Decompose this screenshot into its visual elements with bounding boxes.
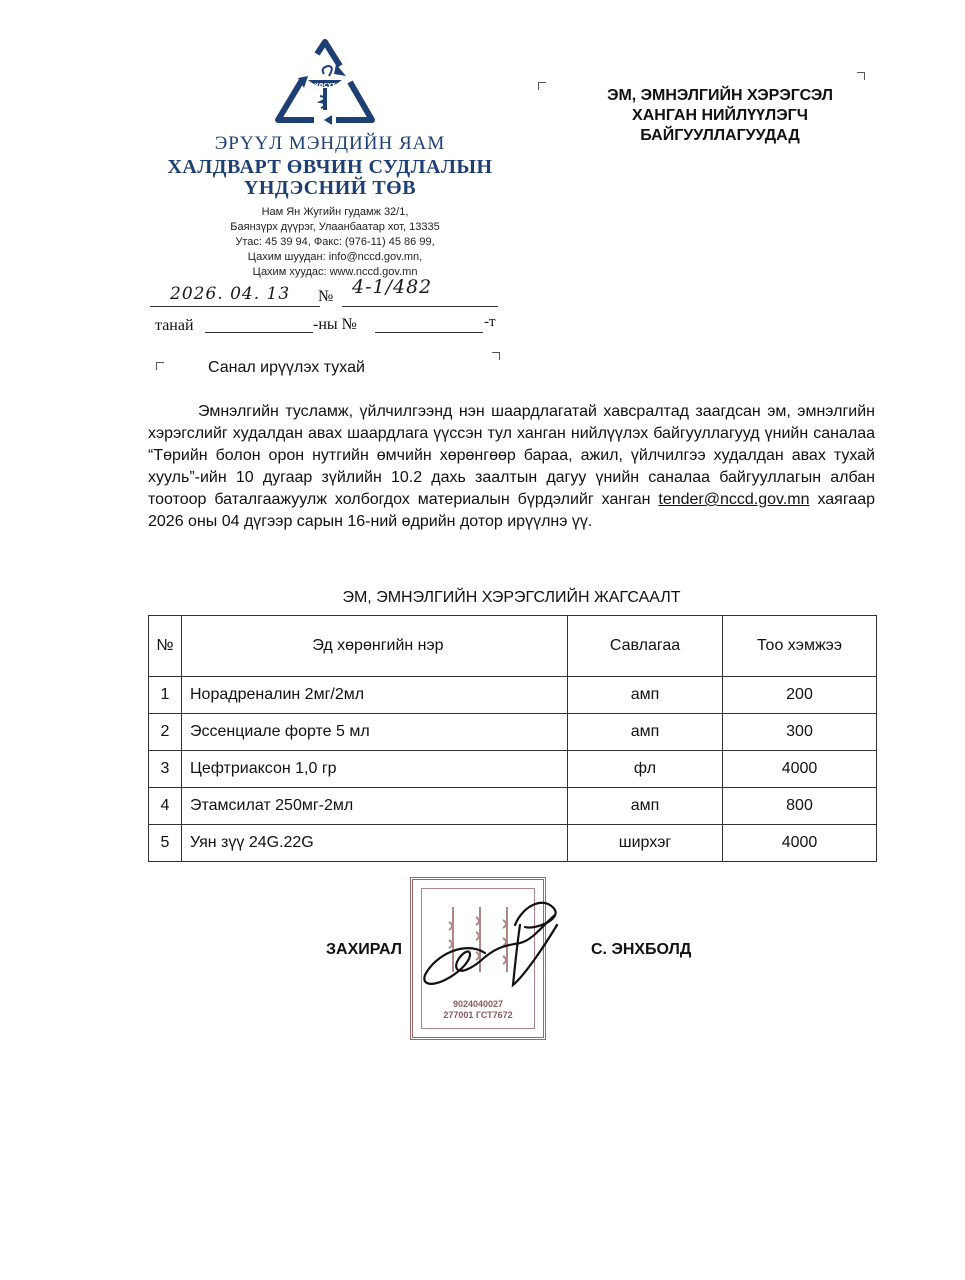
recipient-line: ЭМ, ЭМНЭЛГИЙН ХЭРЭГСЭЛ [560, 86, 880, 106]
row-number: 1 [149, 677, 182, 714]
stamp-certificate-number: 277001 ГСТ7672 [413, 1010, 543, 1021]
row-number: 4 [149, 788, 182, 825]
row-number: 3 [149, 751, 182, 788]
item-name: Эссенциале форте 5 мл [182, 714, 568, 751]
recipient-line: БАЙГУУЛЛАГУУДАД [560, 126, 880, 146]
table-row: 3 Цефтриаксон 1,0 гр фл 4000 [149, 751, 877, 788]
item-name: Этамсилат 250мг-2мл [182, 788, 568, 825]
organization-name-line1: ХАЛДВАРТ ӨВЧИН СУДЛАЛЫН [140, 156, 520, 179]
your-date-field-line [205, 318, 313, 333]
ministry-name: ЭРҮҮЛ МЭНДИЙН ЯАМ [140, 133, 520, 155]
row-number: 5 [149, 825, 182, 862]
health-triangle-logo-icon: ХӨСҮТ [272, 36, 378, 128]
letter-body: Эмнэлгийн тусламж, үйлчилгээнд нэн шаард… [148, 401, 875, 533]
row-number: 2 [149, 714, 182, 751]
item-name: Цефтриаксон 1,0 гр [182, 751, 568, 788]
item-quantity: 200 [723, 677, 877, 714]
table-header-row: № Эд хөрөнгийн нэр Савлагаа Тоо хэмжээ [149, 616, 877, 677]
tender-email-link[interactable]: tender@nccd.gov.mn [658, 491, 809, 508]
item-name: Норадреналин 2мг/2мл [182, 677, 568, 714]
your-number-label: -ны № [313, 316, 357, 334]
header-item-name: Эд хөрөнгийн нэр [182, 616, 568, 677]
header-quantity: Тоо хэмжээ [723, 616, 877, 677]
table-row: 1 Норадреналин 2мг/2мл амп 200 [149, 677, 877, 714]
your-number-field-line [375, 318, 483, 333]
your-reference-label: танай [155, 317, 194, 335]
corner-mark [538, 82, 546, 90]
address-line: Нам Ян Жугийн гудамж 32/1, [170, 205, 500, 220]
item-quantity: 300 [723, 714, 877, 751]
table-row: 2 Эссенциале форте 5 мл амп 300 [149, 714, 877, 751]
handwritten-date: 2026. 04. 13 [170, 284, 290, 304]
item-packaging: фл [568, 751, 723, 788]
organization-name-line2: ҮНДЭСНИЙ ТӨВ [140, 177, 520, 200]
item-quantity: 4000 [723, 825, 877, 862]
item-name: Уян зүү 24G.22G [182, 825, 568, 862]
item-packaging: ширхэг [568, 825, 723, 862]
address-line: Баянзүрх дүүрэг, Улаанбаатар хот, 13335 [170, 220, 500, 235]
item-packaging: амп [568, 714, 723, 751]
header-packaging: Савлагаа [568, 616, 723, 677]
item-packaging: амп [568, 677, 723, 714]
organization-address: Нам Ян Жугийн гудамж 32/1, Баянзүрх дүүр… [170, 205, 500, 280]
item-quantity: 800 [723, 788, 877, 825]
email-line: Цахим шуудан: info@nccd.gov.mn, [170, 250, 500, 265]
number-label: № [318, 288, 333, 306]
handwritten-document-number: 4-1/482 [352, 276, 432, 298]
item-packaging: амп [568, 788, 723, 825]
table-row: 4 Этамсилат 250мг-2мл амп 800 [149, 788, 877, 825]
table-title: ЭМ, ЭМНЭЛГИЙН ХЭРЭГСЛИЙН ЖАГСААЛТ [148, 589, 875, 607]
corner-mark [492, 352, 500, 360]
corner-mark [857, 72, 865, 80]
letter-subject: Санал ирүүлэх тухай [208, 359, 365, 377]
corner-mark [156, 362, 164, 370]
items-table: № Эд хөрөнгийн нэр Савлагаа Тоо хэмжээ 1… [148, 615, 877, 862]
signatory-title: ЗАХИРАЛ [326, 941, 402, 959]
phone-fax-line: Утас: 45 39 94, Факс: (976-11) 45 86 99, [170, 235, 500, 250]
table-row: 5 Уян зүү 24G.22G ширхэг 4000 [149, 825, 877, 862]
recipient-line: ХАНГАН НИЙЛҮҮЛЭГЧ [560, 106, 880, 126]
website-line: Цахим хуудас: www.nccd.gov.mn [170, 265, 500, 280]
signatory-name: С. ЭНХБОЛД [591, 941, 691, 959]
item-quantity: 4000 [723, 751, 877, 788]
handwritten-signature-icon [415, 885, 565, 1005]
recipient-block: ЭМ, ЭМНЭЛГИЙН ХЭРЭГСЭЛ ХАНГАН НИЙЛҮҮЛЭГЧ… [560, 86, 880, 146]
header-number: № [149, 616, 182, 677]
suffix-label: -т [484, 314, 496, 331]
